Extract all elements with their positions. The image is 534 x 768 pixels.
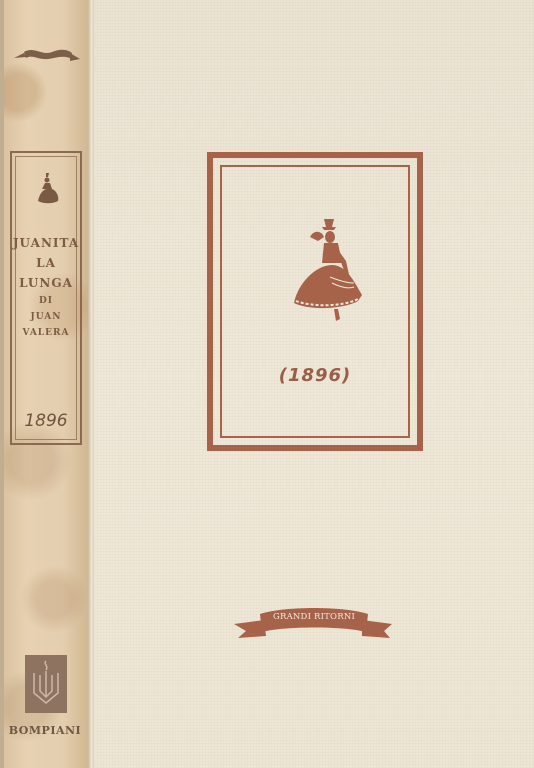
front-cover: (1896) GRANDI RITORNI — [94, 0, 534, 768]
dancing-lady-icon — [288, 217, 368, 327]
book-photo: JUANITA LA LUNGA DI JUAN VALERA 1896 BOM… — [0, 0, 534, 768]
spine-author-prefix: DI — [12, 293, 80, 309]
spine-title-line: JUANITA — [12, 233, 80, 253]
cover-frame-inner: (1896) — [220, 165, 410, 438]
ribbon-banner-icon — [234, 604, 394, 644]
spine-edge-shadow — [0, 0, 4, 768]
spine-title-line: LUNGA — [12, 273, 80, 293]
publisher-monogram-icon — [25, 655, 67, 713]
series-name: GRANDI RITORNI — [266, 612, 362, 622]
series-banner: GRANDI RITORNI — [234, 604, 394, 644]
spine-author-line: VALERA — [12, 325, 80, 341]
spine-title-line: LA — [12, 253, 80, 273]
ribbon-ornament-icon — [12, 44, 82, 66]
cover-frame: (1896) — [207, 152, 423, 451]
cover-year: (1896) — [222, 365, 408, 386]
spine-year: 1896 — [12, 411, 80, 431]
spine-author-line: JUAN — [12, 309, 80, 325]
book-spine: JUANITA LA LUNGA DI JUAN VALERA 1896 BOM… — [0, 0, 90, 768]
spine-title-label: JUANITA LA LUNGA DI JUAN VALERA 1896 — [10, 151, 82, 445]
spine-title: JUANITA LA LUNGA DI JUAN VALERA — [12, 233, 80, 341]
publisher-name: BOMPIANI — [0, 724, 90, 737]
dancing-lady-icon — [32, 171, 62, 207]
